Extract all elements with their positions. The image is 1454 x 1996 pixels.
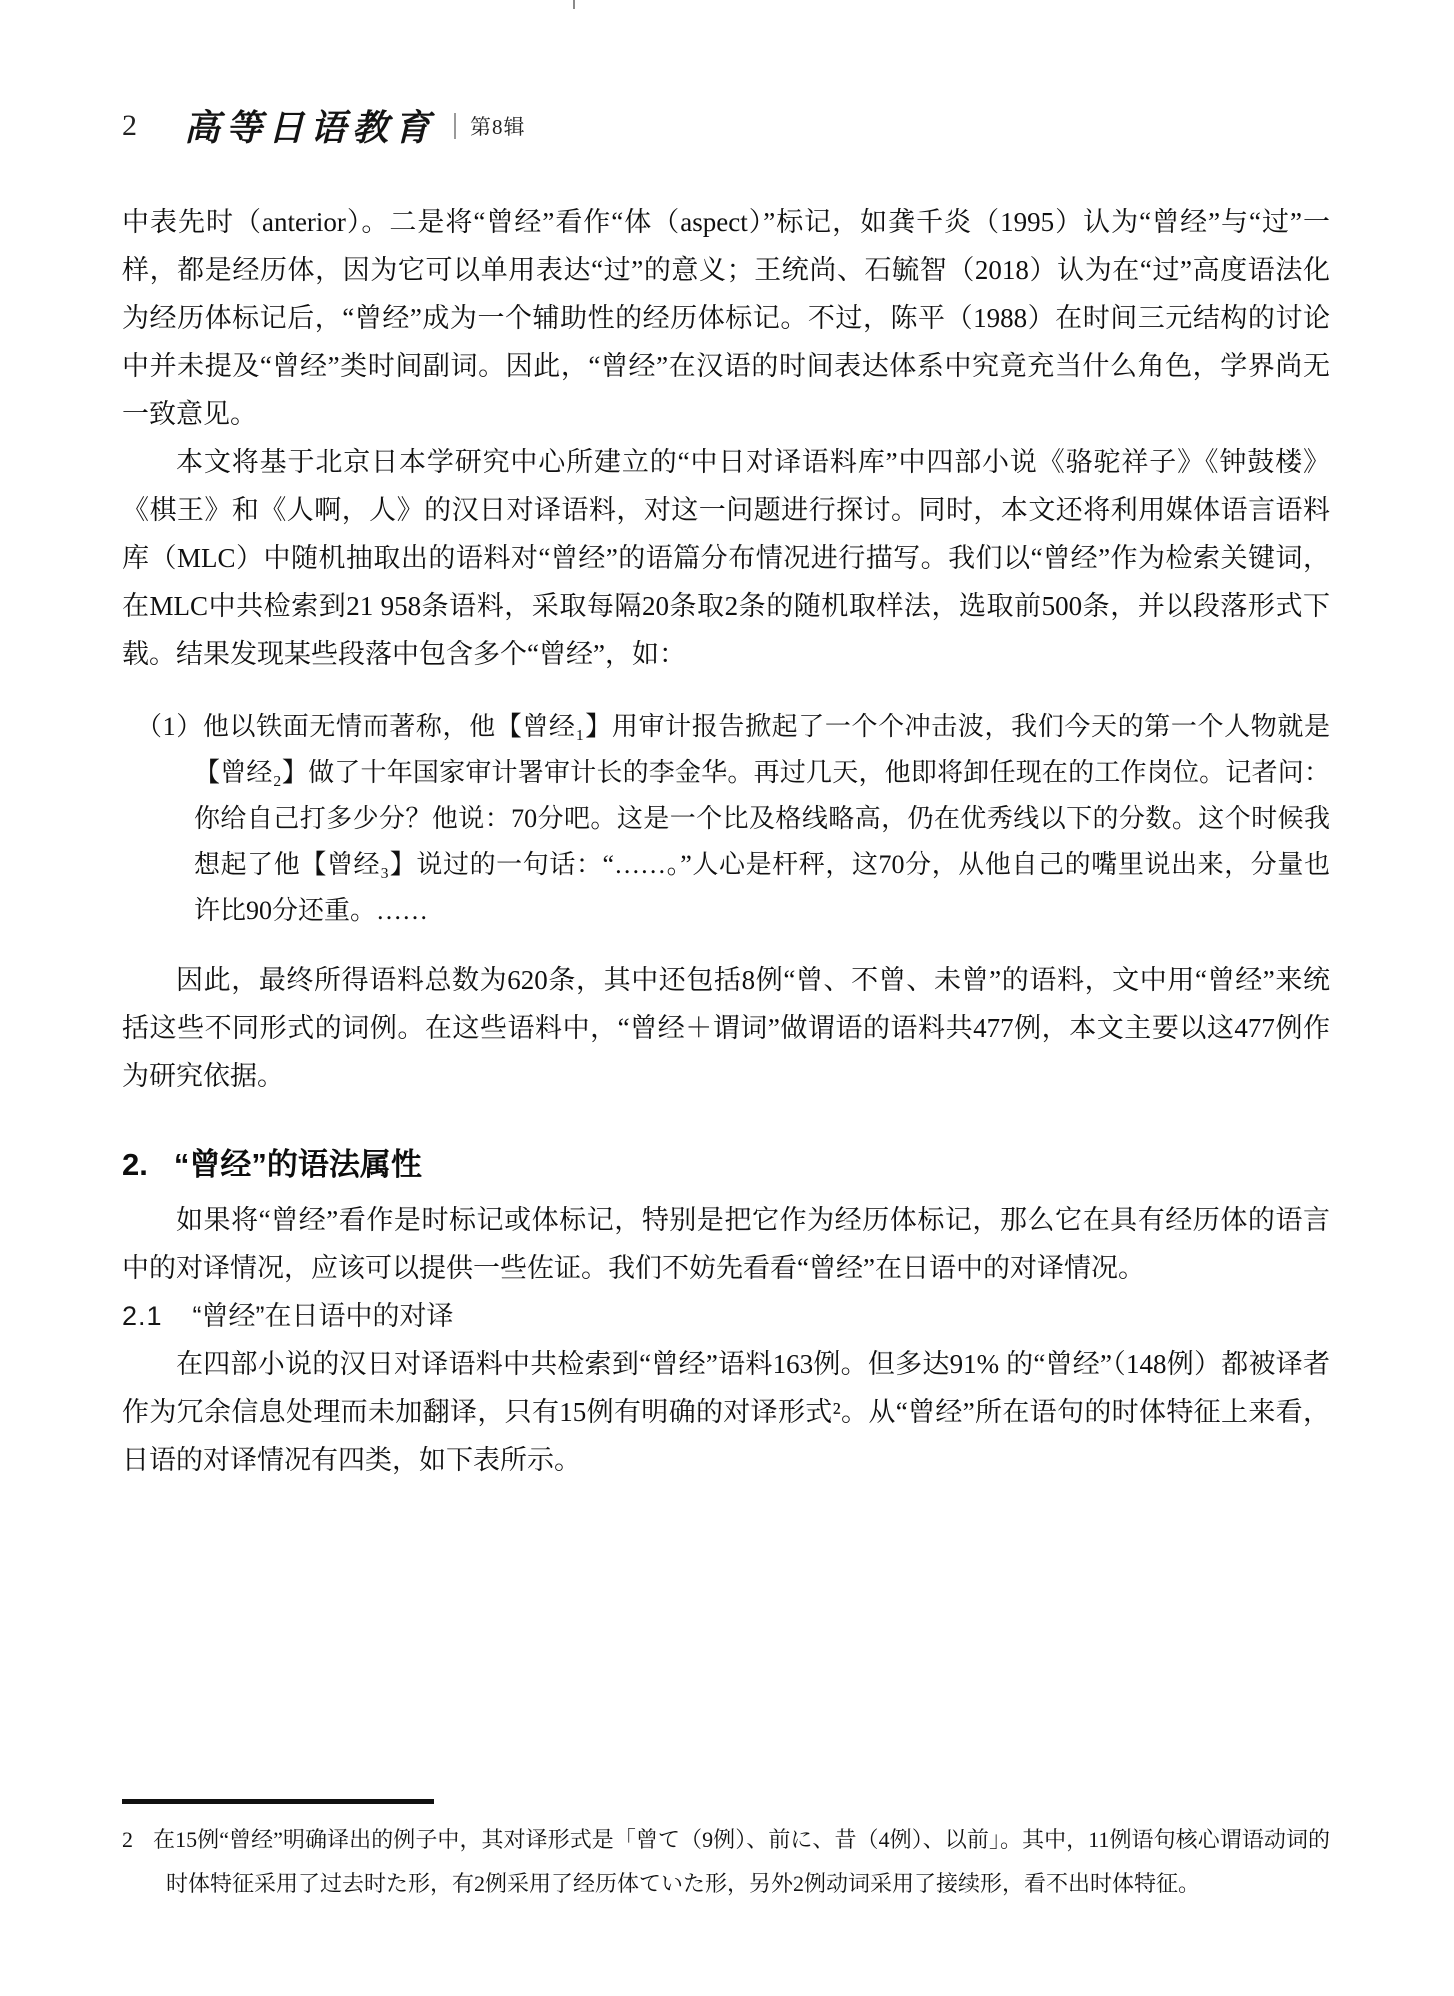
journal-title: 高等日语教育 bbox=[184, 100, 436, 151]
top-crop-mark bbox=[573, 0, 575, 9]
example-text: 他以铁面无情而著称，他【曾经₁】用审计报告掀起了一个个冲击波，我们今天的第一个人… bbox=[194, 712, 1330, 925]
section-2-heading: 2.“曾经”的语法属性 bbox=[122, 1144, 1330, 1186]
footnote-text: 在15例“曾经”明确译出的例子中，其对译形式是「曾て（9例）、前に、昔（4例）、… bbox=[153, 1827, 1330, 1896]
section-2-1-heading: 2.1“曾经”在日语中的对译 bbox=[122, 1292, 1330, 1340]
example-label: （1） bbox=[136, 712, 203, 741]
article-body: 中表先时（anterior）。二是将“曾经”看作“体（aspect）”标记，如龚… bbox=[122, 198, 1330, 1484]
example-block-1: （1）他以铁面无情而著称，他【曾经₁】用审计报告掀起了一个个冲击波，我们今天的第… bbox=[136, 704, 1330, 934]
issue-label: 第8辑 bbox=[470, 111, 526, 141]
page-header: 2 高等日语教育 第8辑 bbox=[122, 100, 1330, 151]
paragraph-anterior-aspect: 中表先时（anterior）。二是将“曾经”看作“体（aspect）”标记，如龚… bbox=[122, 198, 1330, 438]
section-2-1-number: 2.1 bbox=[122, 1301, 163, 1331]
journal-page: 2 高等日语教育 第8辑 中表先时（anterior）。二是将“曾经”看作“体（… bbox=[0, 0, 1454, 1996]
section-2-title: “曾经”的语法属性 bbox=[174, 1147, 422, 1182]
page-number: 2 bbox=[122, 109, 138, 143]
footnote-area: 2在15例“曾经”明确译出的例子中，其对译形式是「曾て（9例）、前に、昔（4例）… bbox=[122, 1799, 1330, 1906]
paragraph-corpus-method: 本文将基于北京日本学研究中心所建立的“中日对译语料库”中四部小说《骆驼祥子》《钟… bbox=[122, 438, 1330, 678]
footnote-2: 2在15例“曾经”明确译出的例子中，其对译形式是「曾て（9例）、前に、昔（4例）… bbox=[122, 1818, 1330, 1906]
header-divider bbox=[454, 113, 456, 139]
section-2-number: 2. bbox=[122, 1147, 148, 1182]
footnote-marker: 2 bbox=[122, 1827, 133, 1852]
section-2-1-title: “曾经”在日语中的对译 bbox=[193, 1301, 454, 1331]
paragraph-corpus-totals: 因此，最终所得语料总数为620条，其中还包括8例“曾、不曾、未曾”的语料，文中用… bbox=[122, 956, 1330, 1100]
paragraph-grammar-property: 如果将“曾经”看作是时标记或体标记，特别是把它作为经历体标记，那么它在具有经历体… bbox=[122, 1196, 1330, 1292]
footnote-rule bbox=[122, 1799, 434, 1804]
paragraph-japanese-translation: 在四部小说的汉日对译语料中共检索到“曾经”语料163例。但多达91% 的“曾经”… bbox=[122, 1340, 1330, 1484]
